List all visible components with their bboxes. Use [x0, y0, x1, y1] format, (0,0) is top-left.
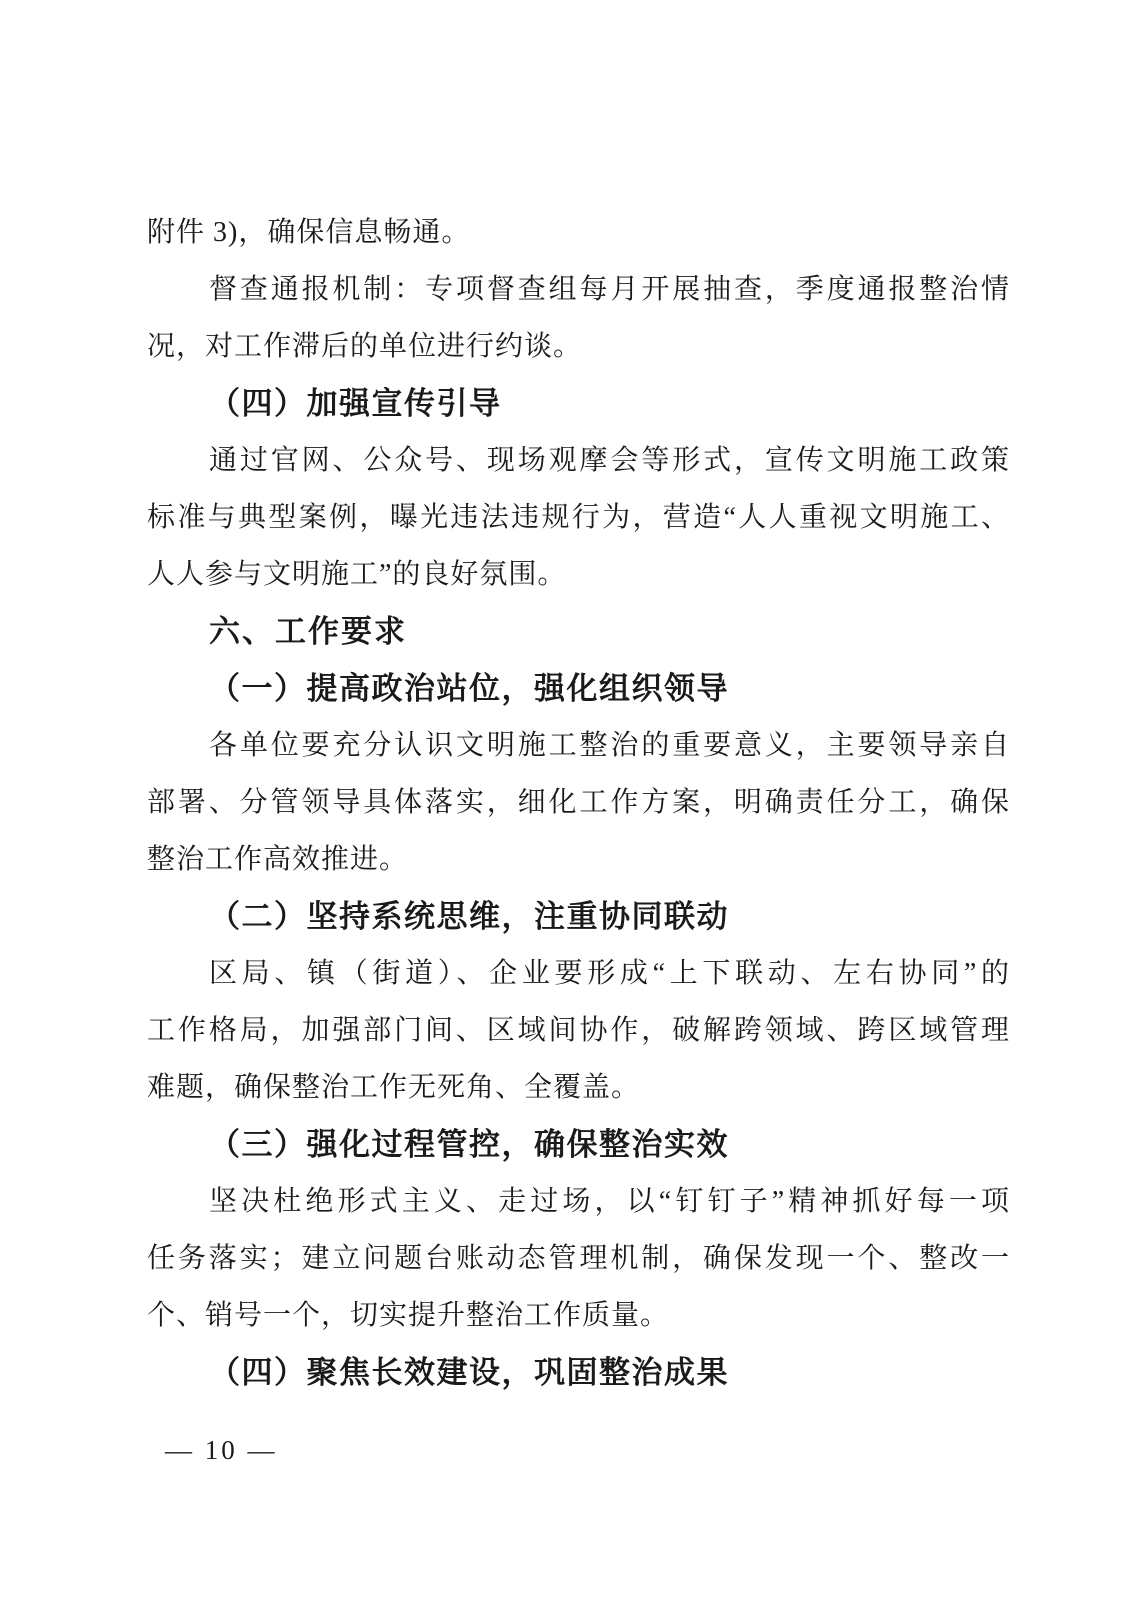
- heading-item-3-process-control: （三）强化过程管控，确保整治实效: [147, 1116, 1010, 1173]
- page-number: — 10 —: [165, 1435, 278, 1465]
- body-text-line: 难题，确保整治工作无死角、全覆盖。: [147, 1059, 1010, 1116]
- body-text-line: 坚决杜绝形式主义、走过场，以“钉钉子”精神抓好每一项: [147, 1173, 1010, 1230]
- heading-item-4-long-term-building: （四）聚焦长效建设，巩固整治成果: [147, 1344, 1010, 1401]
- body-text-line: 标准与典型案例，曝光违法违规行为，营造“人人重视文明施工、: [147, 489, 1010, 546]
- body-text-line: 况，对工作滞后的单位进行约谈。: [147, 318, 1010, 375]
- body-text-line: 工作格局，加强部门间、区域间协作，破解跨领域、跨区域管理: [147, 1002, 1010, 1059]
- body-text-line: 整治工作高效推进。: [147, 831, 1010, 888]
- heading-item-1-political-stance: （一）提高政治站位，强化组织领导: [147, 660, 1010, 717]
- body-text-line: 附件 3)，确保信息畅通。: [147, 204, 1010, 261]
- document-page: { "page": { "background_color": "#ffffff…: [0, 0, 1131, 1600]
- body-text-line: 任务落实；建立问题台账动态管理机制，确保发现一个、整改一: [147, 1230, 1010, 1287]
- body-text-line: 通过官网、公众号、现场观摩会等形式，宣传文明施工政策: [147, 432, 1010, 489]
- body-text-line: 各单位要充分认识文明施工整治的重要意义，主要领导亲自: [147, 717, 1010, 774]
- heading-chapter-6-work-requirements: 六、工作要求: [147, 603, 1010, 660]
- body-text-line: 人人参与文明施工”的良好氛围。: [147, 546, 1010, 603]
- body-text-line: 督查通报机制：专项督查组每月开展抽查，季度通报整治情: [147, 261, 1010, 318]
- body-text-line: 个、销号一个，切实提升整治工作质量。: [147, 1287, 1010, 1344]
- heading-item-2-system-thinking: （二）坚持系统思维，注重协同联动: [147, 888, 1010, 945]
- page-footer: — 10 —: [165, 1426, 278, 1474]
- heading-section-4-publicity: （四）加强宣传引导: [147, 375, 1010, 432]
- document-body: 附件 3)，确保信息畅通。 督查通报机制：专项督查组每月开展抽查，季度通报整治情…: [147, 204, 1010, 1401]
- body-text-line: 区局、镇（街道）、企业要形成“上下联动、左右协同”的: [147, 945, 1010, 1002]
- body-text-line: 部署、分管领导具体落实，细化工作方案，明确责任分工，确保: [147, 774, 1010, 831]
